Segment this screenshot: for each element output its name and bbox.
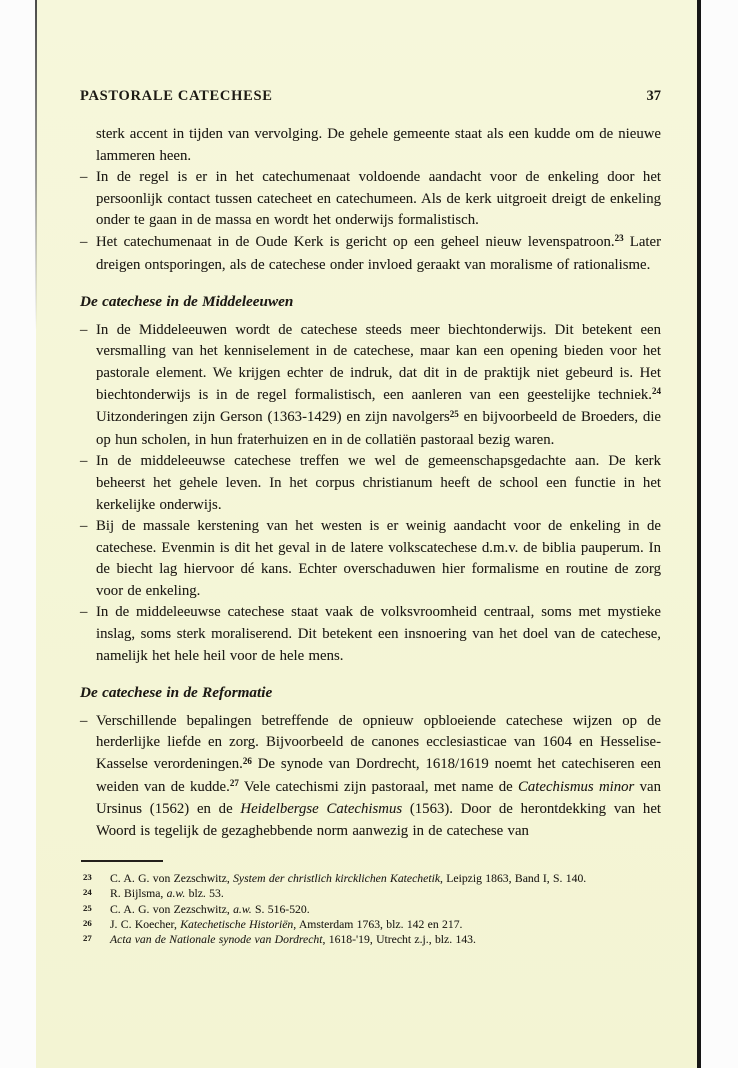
text-segment: Katechetische Historiën <box>180 918 293 931</box>
footnote-number: 26 <box>83 916 92 931</box>
text-segment: In de Middeleeuwen wordt de catechese st… <box>96 322 661 403</box>
bullet-marker: – <box>80 602 87 624</box>
footnote-item: 23C. A. G. von Zezschwitz, System der ch… <box>80 871 661 886</box>
footnote-separator <box>81 860 163 862</box>
bullet-item: –In de middeleeuwse catechese treffen we… <box>80 451 661 516</box>
text-segment: System der christlich kircklichen Katech… <box>233 872 440 885</box>
page-number: 37 <box>647 88 662 105</box>
text-segment: Catechismus minor <box>518 779 634 795</box>
text-segment: R. Bijlsma, <box>110 887 167 900</box>
bullet-item: –In de middeleeuwse catechese staat vaak… <box>80 602 661 667</box>
text-segment: C. A. G. von Zezschwitz, <box>110 903 233 916</box>
text-segment: C. A. G. von Zezschwitz, <box>110 872 233 885</box>
scanned-page-stage: PASTORALE CATECHESE 37 sterk accent in t… <box>0 0 738 1068</box>
bullet-item: –Het catechumenaat in de Oude Kerk is ge… <box>80 232 661 276</box>
footnote-ref: 24 <box>652 386 661 396</box>
bullet-marker: – <box>80 516 87 538</box>
text-segment: In de regel is er in het catechumenaat v… <box>96 169 661 228</box>
text-segment: a.w. <box>233 903 252 916</box>
footnote-ref: 25 <box>450 409 459 419</box>
text-segment: , Leipzig 1863, Band I, S. 140. <box>440 872 586 885</box>
bullet-item: –Bij de massale kerstening van het weste… <box>80 516 661 602</box>
text-segment: In de middeleeuwse catechese treffen we … <box>96 453 661 512</box>
footnote-item: 25C. A. G. von Zezschwitz, a.w. S. 516-5… <box>80 902 661 917</box>
bullet-item: –In de regel is er in het catechumenaat … <box>80 167 661 232</box>
text-segment: In de middeleeuwse catechese staat vaak … <box>96 604 661 663</box>
footnote-number: 27 <box>83 931 92 946</box>
footnote-number: 24 <box>83 885 92 900</box>
text-segment: S. 516-520. <box>252 903 310 916</box>
running-head: PASTORALE CATECHESE 37 <box>80 88 661 105</box>
bullet-marker: – <box>80 451 87 473</box>
text-segment: Acta van de Nationale synode van Dordrec… <box>110 933 323 946</box>
bullet-item: –In de Middeleeuwen wordt de catechese s… <box>80 320 661 452</box>
bullet-item: –Verschillende bepalingen betreffende de… <box>80 711 661 843</box>
bullet-marker: – <box>80 320 87 342</box>
footnote-ref: 26 <box>243 756 252 766</box>
page-title: PASTORALE CATECHESE <box>80 88 273 105</box>
paragraph: sterk accent in tijden van vervolging. D… <box>80 124 661 167</box>
section-heading: De catechese in de Middeleeuwen <box>80 291 661 313</box>
text-segment: Het catechumenaat in de Oude Kerk is ger… <box>96 234 615 250</box>
bullet-marker: – <box>80 167 87 189</box>
text-segment: Uitzonderingen zijn Gerson (1363-1429) e… <box>96 409 450 425</box>
section-heading: De catechese in de Reformatie <box>80 682 661 704</box>
text-segment: Heidelbergse Catechismus <box>240 801 402 817</box>
footnote-item: 26J. C. Koecher, Katechetische Historiën… <box>80 917 661 932</box>
text-segment: , 1618-'19, Utrecht z.j., blz. 143. <box>323 933 476 946</box>
text-column: sterk accent in tijden van vervolging. D… <box>80 124 661 842</box>
footnote-ref: 27 <box>230 778 239 788</box>
bullet-marker: – <box>80 711 87 733</box>
footnote-item: 24R. Bijlsma, a.w. blz. 53. <box>80 886 661 901</box>
footnote-ref: 23 <box>615 233 624 243</box>
footnote-number: 25 <box>83 901 92 916</box>
text-segment: , Amsterdam 1763, blz. 142 en 217. <box>293 918 462 931</box>
text-segment: blz. 53. <box>185 887 223 900</box>
text-segment: J. C. Koecher, <box>110 918 180 931</box>
text-segment: a.w. <box>167 887 186 900</box>
text-segment: Vele catechismi zijn pastoraal, met name… <box>239 779 518 795</box>
footnotes-list: 23C. A. G. von Zezschwitz, System der ch… <box>80 871 661 947</box>
text-segment: Bij de massale kerstening van het westen… <box>96 518 661 599</box>
footnotes: 23C. A. G. von Zezschwitz, System der ch… <box>80 860 661 947</box>
footnote-number: 23 <box>83 870 92 885</box>
bullet-marker: – <box>80 232 87 254</box>
text-segment: sterk accent in tijden van vervolging. D… <box>96 126 661 164</box>
footnote-item: 27Acta van de Nationale synode van Dordr… <box>80 932 661 947</box>
scan-gutter-line <box>35 0 37 330</box>
